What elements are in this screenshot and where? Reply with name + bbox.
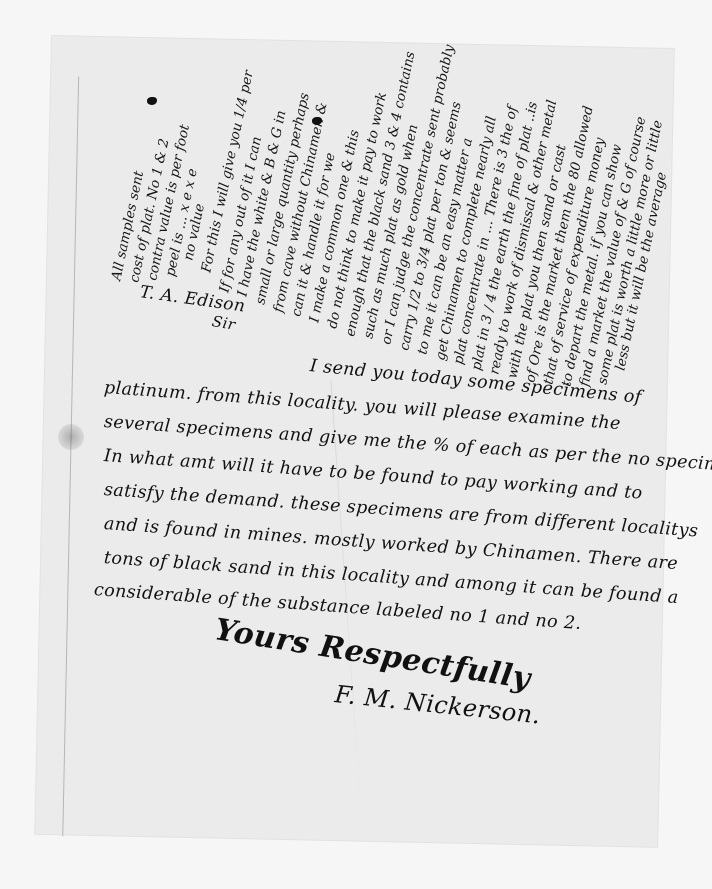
- smudge-mark: [58, 424, 84, 450]
- greeting: Sir: [211, 312, 237, 334]
- postscript-block: All samples sent cost of plat. No 1 & 2 …: [108, 46, 668, 306]
- page-edge: [62, 77, 79, 837]
